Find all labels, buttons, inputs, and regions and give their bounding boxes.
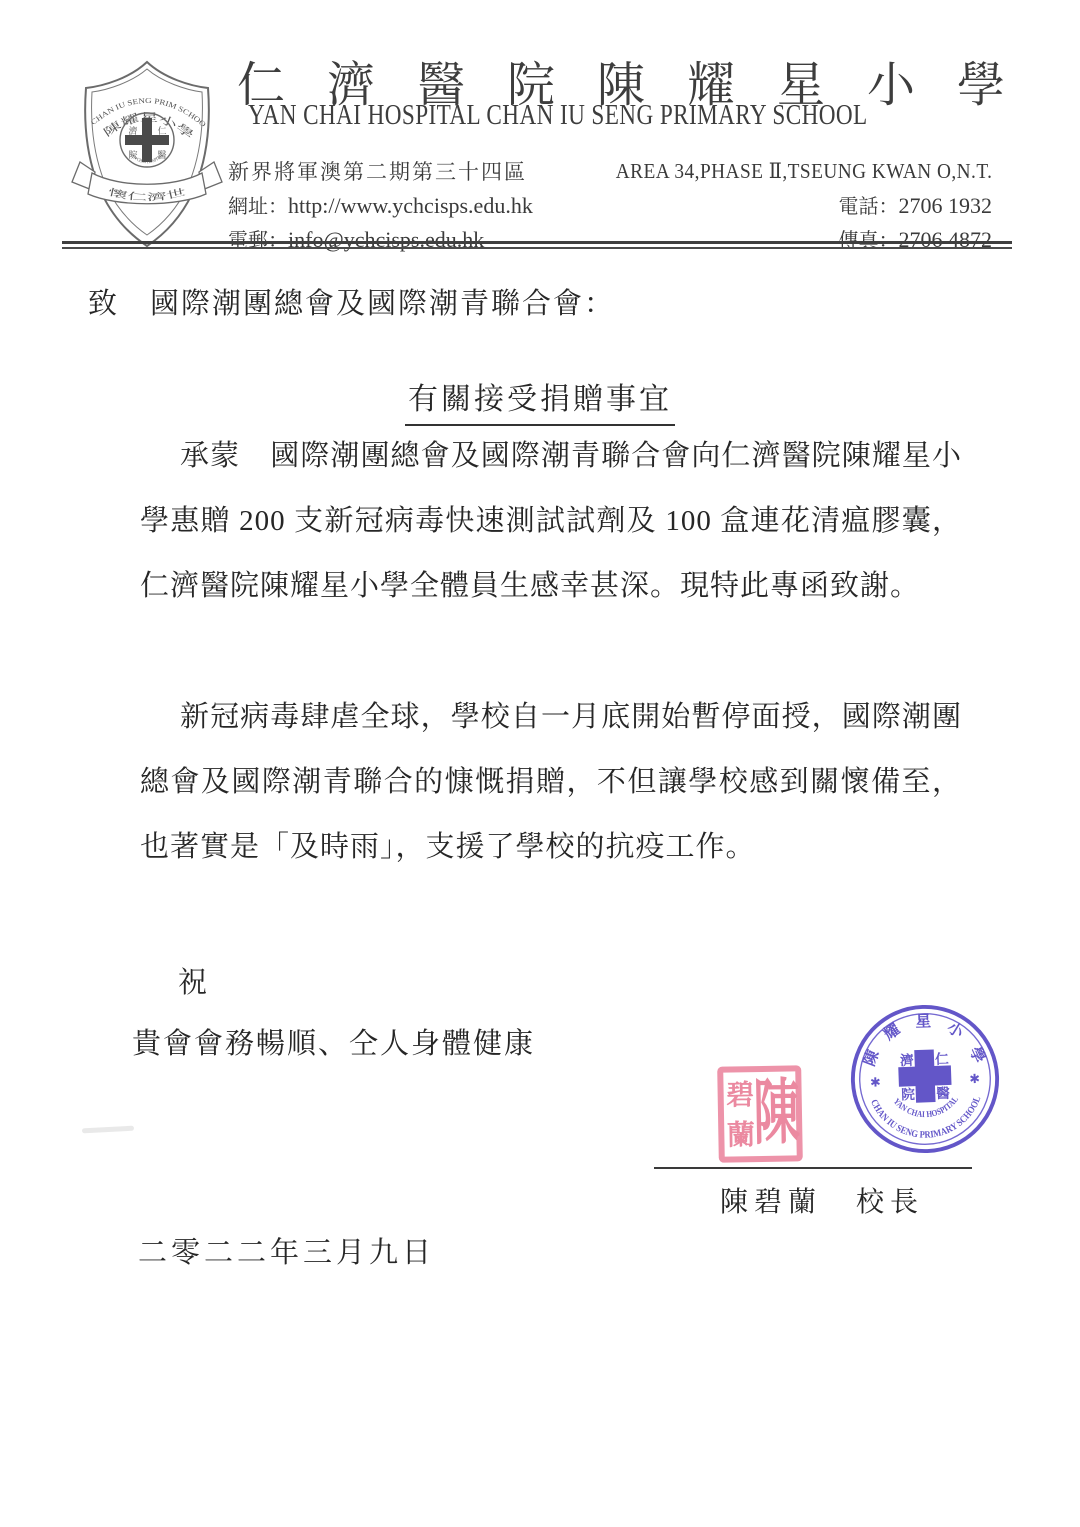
stamp-star-left-icon: ✱ — [870, 1075, 881, 1089]
name-seal-char-top: 碧 — [726, 1082, 755, 1110]
letter-date: 二零二二年三月九日 — [138, 1230, 435, 1271]
signer-name-title: 陳碧蘭 校長 — [720, 1180, 924, 1220]
website-row: 網址：http://www.ychcisps.edu.hk — [228, 190, 533, 219]
name-seal-char-right: 陳 — [753, 1078, 800, 1150]
stamp-star-right-icon: ✱ — [969, 1072, 980, 1086]
header-divider — [62, 241, 1012, 249]
school-address-en: AREA 34,PHASE Ⅱ,TSEUNG KWAN O,N.T. — [615, 159, 992, 184]
closing-wish: 貴會會務暢順、仝人身體健康 — [132, 1021, 535, 1062]
website-value: http://www.ychcisps.edu.hk — [288, 193, 533, 218]
logo-cross-char-tl: 濟 — [128, 125, 137, 136]
phone-row: 電話：2706 1932 — [839, 190, 993, 219]
school-round-stamp: 陳耀星小學 ✱ ✱ 濟 仁 院 醫 YAN CHAI HOSPITAL CHAN… — [846, 1000, 1003, 1157]
subject-line: 有關接受捐贈事宜 — [0, 374, 1080, 426]
name-seal-right-column: 陳 — [756, 1071, 796, 1156]
stamp-cross-char-tl: 濟 — [900, 1052, 915, 1068]
website-label: 網址： — [228, 196, 288, 218]
signature-line — [654, 1167, 972, 1169]
logo-cross-char-tr: 仁 — [157, 125, 166, 136]
school-address-zh: 新界將軍澳第二期第三十四區 — [228, 156, 527, 186]
stamp-cross-char-br: 醫 — [936, 1085, 951, 1101]
name-seal-char-bottom: 蘭 — [727, 1122, 756, 1150]
stamp-cross-char-bl: 院 — [901, 1086, 916, 1102]
salutation: 致 國際潮團總會及國際潮青聯合會： — [88, 281, 615, 322]
principal-name-seal: 碧 蘭 陳 — [717, 1065, 803, 1162]
school-name-en: YAN CHAI HOSPITAL CHAN IU SENG PRIMARY S… — [248, 99, 868, 132]
paragraph-2: 新冠病毒肆虐全球，學校自一月底開始暫停面授，國際潮團總會及國際潮青聯合的慷慨捐贈… — [140, 685, 962, 880]
subject-text: 有關接受捐贈事宜 — [405, 374, 675, 426]
paragraph-1: 承蒙 國際潮團總會及國際潮青聯合會向仁濟醫院陳耀星小學惠贈 200 支新冠病毒快… — [140, 424, 962, 619]
scan-artifact — [82, 1126, 134, 1134]
letter-page: CHAN IU SENG PRIM SCHOOL 陳耀星小學 濟 仁 院 醫 Y… — [0, 0, 1080, 1527]
phone-label: 電話： — [839, 196, 899, 218]
stamp-cross-char-tr: 仁 — [935, 1051, 950, 1067]
closing-word: 祝 — [178, 960, 207, 1001]
school-crest-logo: CHAN IU SENG PRIM SCHOOL 陳耀星小學 濟 仁 院 醫 Y… — [62, 54, 232, 254]
phone-value: 2706 1932 — [899, 193, 993, 218]
